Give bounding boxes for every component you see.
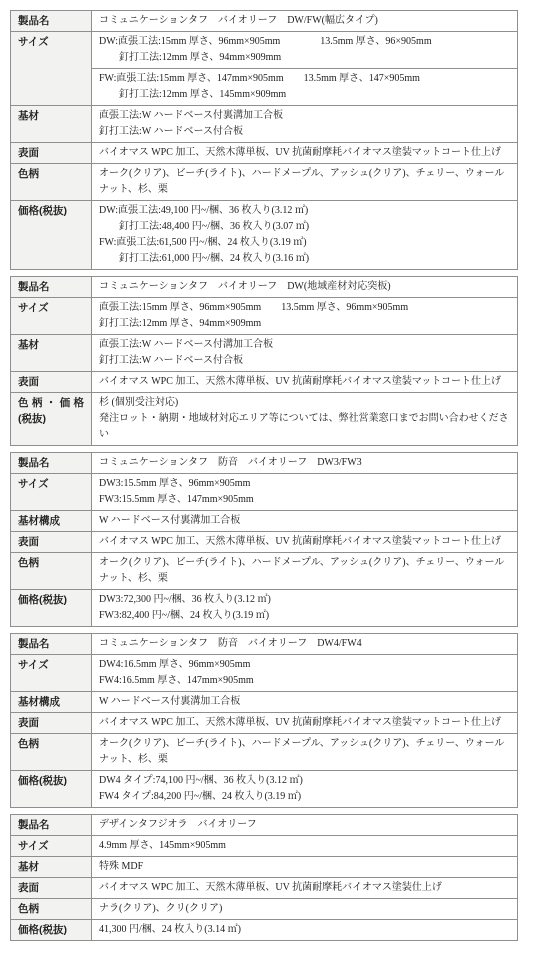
spec-row: 製品名コミュニケーションタフ 防音 バイオリーフ DW3/FW3 [11, 453, 518, 474]
value-line: FW:直張工法:15mm 厚さ、147mm×905mm 13.5mm 厚さ、14… [99, 71, 510, 87]
row-label: 表面 [11, 878, 92, 899]
row-label: 製品名 [11, 453, 92, 474]
row-value-cell: 41,300 円/梱、24 枚入り(3.14 ㎡) [92, 920, 518, 941]
value-line: 釘打工法:W ハードベース付合板 [99, 124, 510, 140]
spec-row: 製品名デザインタフジオラ バイオリーフ [11, 815, 518, 836]
spec-table-5: 製品名デザインタフジオラ バイオリーフサイズ4.9mm 厚さ、145mm×905… [10, 814, 518, 941]
row-label: 基材 [11, 106, 92, 143]
spec-row: サイズ4.9mm 厚さ、145mm×905mm [11, 836, 518, 857]
spec-row: サイズDW4:16.5mm 厚さ、96mm×905mmFW4:16.5mm 厚さ… [11, 655, 518, 692]
spec-row: 価格(税抜)DW3:72,300 円~/梱、36 枚入り(3.12 ㎡)FW3:… [11, 590, 518, 627]
spec-row: 基材特殊 MDF [11, 857, 518, 878]
row-label: 基材構成 [11, 692, 92, 713]
value-line: FW3:15.5mm 厚さ、147mm×905mm [99, 492, 510, 508]
spec-row: 価格(税抜)41,300 円/梱、24 枚入り(3.14 ㎡) [11, 920, 518, 941]
row-label: 色柄 [11, 553, 92, 590]
row-value-cell: FW:直張工法:15mm 厚さ、147mm×905mm 13.5mm 厚さ、14… [92, 69, 518, 106]
value-line: 杉 (個別受注対応) [99, 395, 510, 411]
row-label: 製品名 [11, 11, 92, 32]
row-label: 表面 [11, 143, 92, 164]
spec-row: サイズ直張工法:15mm 厚さ、96mm×905mm 13.5mm 厚さ、96m… [11, 298, 518, 335]
spec-row: 価格(税抜)DW:直張工法:49,100 円~/梱、36 枚入り(3.12 ㎡)… [11, 201, 518, 270]
row-value-cell: バイオマス WPC 加工、天然木薄単板、UV 抗菌耐摩耗バイオマス塗装マットコー… [92, 372, 518, 393]
value-line: DW3:72,300 円~/梱、36 枚入り(3.12 ㎡) [99, 592, 510, 608]
value-line: FW:直張工法:61,500 円~/梱、24 枚入り(3.19 ㎡) [99, 235, 510, 251]
value-line: バイオマス WPC 加工、天然木薄単板、UV 抗菌耐摩耗バイオマス塗装仕上げ [99, 880, 510, 896]
row-value-cell: コミュニケーションタフ 防音 バイオリーフ DW4/FW4 [92, 634, 518, 655]
value-line: 発注ロット・納期・地域材対応エリア等については、弊社営業窓口までお問い合わせくだ… [99, 411, 510, 443]
value-line: 釘打工法:W ハードベース付合板 [99, 353, 510, 369]
row-label: サイズ [11, 298, 92, 335]
value-line: 釘打工法:12mm 厚さ、145mm×909mm [99, 87, 510, 103]
row-value-cell: バイオマス WPC 加工、天然木薄単板、UV 抗菌耐摩耗バイオマス塗装マットコー… [92, 713, 518, 734]
value-line: DW:直張工法:15mm 厚さ、96mm×905mm 13.5mm 厚さ、96×… [99, 34, 510, 50]
spec-row: 表面バイオマス WPC 加工、天然木薄単板、UV 抗菌耐摩耗バイオマス塗装マット… [11, 532, 518, 553]
spec-row: 基材直張工法:W ハードベース付溝加工合板釘打工法:W ハードベース付合板 [11, 335, 518, 372]
row-value-cell: オーク(クリア)、ビーチ(ライト)、ハードメープル、アッシュ(クリア)、チェリー… [92, 164, 518, 201]
value-line: コミュニケーションタフ バイオリーフ DW/FW(幅広タイプ) [99, 13, 510, 29]
value-line: オーク(クリア)、ビーチ(ライト)、ハードメープル、アッシュ(クリア)、チェリー… [99, 736, 510, 768]
spec-table-4: 製品名コミュニケーションタフ 防音 バイオリーフ DW4/FW4サイズDW4:1… [10, 633, 518, 808]
spec-row: 色柄オーク(クリア)、ビーチ(ライト)、ハードメープル、アッシュ(クリア)、チェ… [11, 553, 518, 590]
value-line: バイオマス WPC 加工、天然木薄単板、UV 抗菌耐摩耗バイオマス塗装マットコー… [99, 145, 510, 161]
spec-row: 色柄オーク(クリア)、ビーチ(ライト)、ハードメープル、アッシュ(クリア)、チェ… [11, 734, 518, 771]
value-line: 特殊 MDF [99, 859, 510, 875]
spec-row: 表面バイオマス WPC 加工、天然木薄単板、UV 抗菌耐摩耗バイオマス塗装マット… [11, 713, 518, 734]
row-value-cell: 杉 (個別受注対応)発注ロット・納期・地域材対応エリア等については、弊社営業窓口… [92, 393, 518, 446]
row-value-cell: オーク(クリア)、ビーチ(ライト)、ハードメープル、アッシュ(クリア)、チェリー… [92, 553, 518, 590]
row-value-cell: コミュニケーションタフ バイオリーフ DW(地域産材対応突板) [92, 277, 518, 298]
spec-row: 基材直張工法:W ハードベース付裏溝加工合板釘打工法:W ハードベース付合板 [11, 106, 518, 143]
value-line: 釘打工法:61,000 円~/梱、24 枚入り(3.16 ㎡) [99, 251, 510, 267]
value-line: W ハードベース付裏溝加工合板 [99, 694, 510, 710]
row-label: サイズ [11, 655, 92, 692]
value-line: コミュニケーションタフ 防音 バイオリーフ DW3/FW3 [99, 455, 510, 471]
value-line: DW4 タイプ:74,100 円~/梱、36 枚入り(3.12 ㎡) [99, 773, 510, 789]
spec-row: 製品名コミュニケーションタフ バイオリーフ DW(地域産材対応突板) [11, 277, 518, 298]
row-label: 色柄・価格 (税抜) [11, 393, 92, 446]
value-line: 4.9mm 厚さ、145mm×905mm [99, 838, 510, 854]
value-line: 直張工法:15mm 厚さ、96mm×905mm 13.5mm 厚さ、96mm×9… [99, 300, 510, 316]
row-label: 色柄 [11, 164, 92, 201]
value-line: 直張工法:W ハードベース付溝加工合板 [99, 337, 510, 353]
row-value-cell: 直張工法:W ハードベース付裏溝加工合板釘打工法:W ハードベース付合板 [92, 106, 518, 143]
row-value-cell: 直張工法:W ハードベース付溝加工合板釘打工法:W ハードベース付合板 [92, 335, 518, 372]
row-label: 基材 [11, 857, 92, 878]
row-label: 価格(税抜) [11, 920, 92, 941]
row-value-cell: DW4:16.5mm 厚さ、96mm×905mmFW4:16.5mm 厚さ、14… [92, 655, 518, 692]
row-value-cell: DW3:72,300 円~/梱、36 枚入り(3.12 ㎡)FW3:82,400… [92, 590, 518, 627]
value-line: バイオマス WPC 加工、天然木薄単板、UV 抗菌耐摩耗バイオマス塗装マットコー… [99, 374, 510, 390]
spec-row: 色柄ナラ(クリア)、クリ(クリア) [11, 899, 518, 920]
row-value-cell: 直張工法:15mm 厚さ、96mm×905mm 13.5mm 厚さ、96mm×9… [92, 298, 518, 335]
row-label: 製品名 [11, 815, 92, 836]
spec-row: 表面バイオマス WPC 加工、天然木薄単板、UV 抗菌耐摩耗バイオマス塗装マット… [11, 372, 518, 393]
spec-table-3: 製品名コミュニケーションタフ 防音 バイオリーフ DW3/FW3サイズDW3:1… [10, 452, 518, 627]
spec-table-2: 製品名コミュニケーションタフ バイオリーフ DW(地域産材対応突板)サイズ直張工… [10, 276, 518, 446]
row-label: サイズ [11, 836, 92, 857]
row-label: 製品名 [11, 634, 92, 655]
spec-row: サイズDW3:15.5mm 厚さ、96mm×905mmFW3:15.5mm 厚さ… [11, 474, 518, 511]
row-value-cell: DW:直張工法:49,100 円~/梱、36 枚入り(3.12 ㎡) 釘打工法:… [92, 201, 518, 270]
row-value-cell: ナラ(クリア)、クリ(クリア) [92, 899, 518, 920]
row-label: 価格(税抜) [11, 201, 92, 270]
value-line: バイオマス WPC 加工、天然木薄単板、UV 抗菌耐摩耗バイオマス塗装マットコー… [99, 715, 510, 731]
value-line: 釘打工法:12mm 厚さ、94mm×909mm [99, 50, 510, 66]
row-value-cell: バイオマス WPC 加工、天然木薄単板、UV 抗菌耐摩耗バイオマス塗装マットコー… [92, 143, 518, 164]
value-line: 釘打工法:48,400 円~/梱、36 枚入り(3.07 ㎡) [99, 219, 510, 235]
row-value-cell: オーク(クリア)、ビーチ(ライト)、ハードメープル、アッシュ(クリア)、チェリー… [92, 734, 518, 771]
value-line: バイオマス WPC 加工、天然木薄単板、UV 抗菌耐摩耗バイオマス塗装マットコー… [99, 534, 510, 550]
row-value-cell: コミュニケーションタフ バイオリーフ DW/FW(幅広タイプ) [92, 11, 518, 32]
value-line: FW4 タイプ:84,200 円~/梱、24 枚入り(3.19 ㎡) [99, 789, 510, 805]
spec-row: サイズDW:直張工法:15mm 厚さ、96mm×905mm 13.5mm 厚さ、… [11, 32, 518, 69]
row-label: 基材 [11, 335, 92, 372]
spec-row: 基材構成W ハードベース付裏溝加工合板 [11, 511, 518, 532]
row-label: 基材構成 [11, 511, 92, 532]
value-line: 直張工法:W ハードベース付裏溝加工合板 [99, 108, 510, 124]
value-line: DW3:15.5mm 厚さ、96mm×905mm [99, 476, 510, 492]
value-line: FW3:82,400 円~/梱、24 枚入り(3.19 ㎡) [99, 608, 510, 624]
row-label: サイズ [11, 32, 92, 106]
spec-row: 色柄・価格 (税抜)杉 (個別受注対応)発注ロット・納期・地域材対応エリア等につ… [11, 393, 518, 446]
row-value-cell: W ハードベース付裏溝加工合板 [92, 511, 518, 532]
spec-row: 表面バイオマス WPC 加工、天然木薄単板、UV 抗菌耐摩耗バイオマス塗装仕上げ [11, 878, 518, 899]
spec-row: 色柄オーク(クリア)、ビーチ(ライト)、ハードメープル、アッシュ(クリア)、チェ… [11, 164, 518, 201]
row-value-cell: DW3:15.5mm 厚さ、96mm×905mmFW3:15.5mm 厚さ、14… [92, 474, 518, 511]
value-line: デザインタフジオラ バイオリーフ [99, 817, 510, 833]
value-line: オーク(クリア)、ビーチ(ライト)、ハードメープル、アッシュ(クリア)、チェリー… [99, 166, 510, 198]
spec-row: 価格(税抜)DW4 タイプ:74,100 円~/梱、36 枚入り(3.12 ㎡)… [11, 771, 518, 808]
value-line: ナラ(クリア)、クリ(クリア) [99, 901, 510, 917]
row-value-cell: 4.9mm 厚さ、145mm×905mm [92, 836, 518, 857]
product-spec-sheet: 製品名コミュニケーションタフ バイオリーフ DW/FW(幅広タイプ)サイズDW:… [0, 0, 536, 961]
row-value-cell: コミュニケーションタフ 防音 バイオリーフ DW3/FW3 [92, 453, 518, 474]
spec-row: 製品名コミュニケーションタフ 防音 バイオリーフ DW4/FW4 [11, 634, 518, 655]
row-value-cell: W ハードベース付裏溝加工合板 [92, 692, 518, 713]
value-line: FW4:16.5mm 厚さ、147mm×905mm [99, 673, 510, 689]
row-label: 価格(税抜) [11, 590, 92, 627]
row-value-cell: バイオマス WPC 加工、天然木薄単板、UV 抗菌耐摩耗バイオマス塗装マットコー… [92, 532, 518, 553]
row-label: 製品名 [11, 277, 92, 298]
spec-row: 基材構成W ハードベース付裏溝加工合板 [11, 692, 518, 713]
row-label: 色柄 [11, 899, 92, 920]
row-label: サイズ [11, 474, 92, 511]
value-line: 釘打工法:12mm 厚さ、94mm×909mm [99, 316, 510, 332]
value-line: コミュニケーションタフ 防音 バイオリーフ DW4/FW4 [99, 636, 510, 652]
spec-row: 製品名コミュニケーションタフ バイオリーフ DW/FW(幅広タイプ) [11, 11, 518, 32]
row-value-cell: 特殊 MDF [92, 857, 518, 878]
row-value-cell: デザインタフジオラ バイオリーフ [92, 815, 518, 836]
row-value-cell: DW:直張工法:15mm 厚さ、96mm×905mm 13.5mm 厚さ、96×… [92, 32, 518, 69]
row-label: 表面 [11, 532, 92, 553]
value-line: 41,300 円/梱、24 枚入り(3.14 ㎡) [99, 922, 510, 938]
value-line: DW4:16.5mm 厚さ、96mm×905mm [99, 657, 510, 673]
row-value-cell: DW4 タイプ:74,100 円~/梱、36 枚入り(3.12 ㎡)FW4 タイ… [92, 771, 518, 808]
row-label: 価格(税抜) [11, 771, 92, 808]
row-label: 表面 [11, 372, 92, 393]
value-line: W ハードベース付裏溝加工合板 [99, 513, 510, 529]
value-line: DW:直張工法:49,100 円~/梱、36 枚入り(3.12 ㎡) [99, 203, 510, 219]
row-label: 色柄 [11, 734, 92, 771]
value-line: オーク(クリア)、ビーチ(ライト)、ハードメープル、アッシュ(クリア)、チェリー… [99, 555, 510, 587]
value-line: コミュニケーションタフ バイオリーフ DW(地域産材対応突板) [99, 279, 510, 295]
spec-row: 表面バイオマス WPC 加工、天然木薄単板、UV 抗菌耐摩耗バイオマス塗装マット… [11, 143, 518, 164]
row-label: 表面 [11, 713, 92, 734]
row-value-cell: バイオマス WPC 加工、天然木薄単板、UV 抗菌耐摩耗バイオマス塗装仕上げ [92, 878, 518, 899]
spec-table-1: 製品名コミュニケーションタフ バイオリーフ DW/FW(幅広タイプ)サイズDW:… [10, 10, 518, 270]
